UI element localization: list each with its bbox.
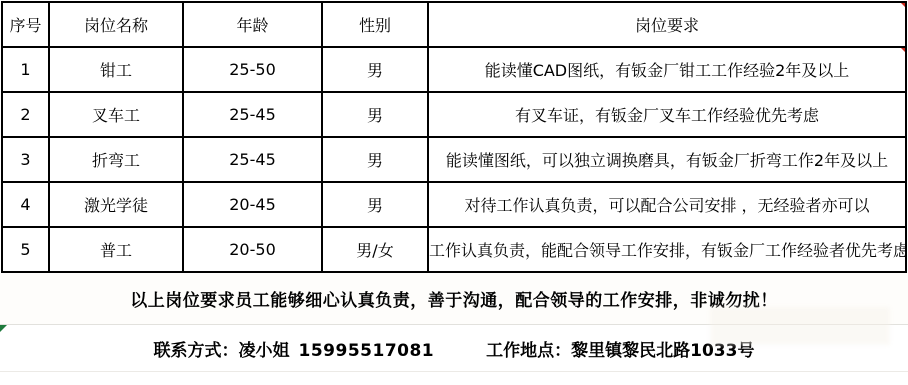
contact-name: 凌小姐 <box>239 341 290 361</box>
header-cell-position: 岗位名称 <box>49 2 183 47</box>
cell-row2-age: 25-45 <box>183 92 322 137</box>
header-cell-age: 年龄 <box>183 2 322 47</box>
cell-row2-no: 2 <box>2 92 49 137</box>
notice-text: 以上岗位要求员工能够细心认真负责，善于沟通，配合领导的工作安排，非诚勿扰！ <box>130 286 778 311</box>
job-listing-sheet: 序号 岗位名称 年龄 性别 岗位要求 1 钳工 25-50 男 能读懂CAD图纸… <box>0 0 908 385</box>
job-table: 序号 岗位名称 年龄 性别 岗位要求 1 钳工 25-50 男 能读懂CAD图纸… <box>1 1 907 273</box>
table-header-row: 序号 岗位名称 年龄 性别 岗位要求 <box>2 2 906 47</box>
cell-row1-no: 1 <box>2 47 49 92</box>
contact-footer: 联系方式：凌小姐15995517081 工作地点：黎里镇黎民北路1033号 <box>0 325 908 372</box>
notice-banner: 以上岗位要求员工能够细心认真负责，善于沟通，配合领导的工作安排，非诚勿扰！ <box>0 273 908 325</box>
row1-requirement-text: 能读懂CAD图纸，有钣金厂钳工工作经验2年及以上 <box>485 61 850 80</box>
error-indicator-icon <box>0 325 7 332</box>
table-row: 5 普工 20-50 男/女 工作认真负责，能配合领导工作安排，有钣金厂工作经验… <box>2 227 906 272</box>
cell-row3-requirement: 能读懂图纸，可以独立调换磨具，有钣金厂折弯工作2年及以上 <box>428 137 906 182</box>
header-cell-gender: 性别 <box>322 2 428 47</box>
cell-row5-age: 20-50 <box>183 227 322 272</box>
cell-row4-requirement: 对待工作认真负责，可以配合公司安排 ，无经验者亦可以 <box>428 182 906 227</box>
contact-phone: 15995517081 <box>299 341 435 361</box>
cell-row3-position: 折弯工 <box>49 137 183 182</box>
cell-row4-age: 20-45 <box>183 182 322 227</box>
cell-row2-position: 叉车工 <box>49 92 183 137</box>
cell-row5-position: 普工 <box>49 227 183 272</box>
table-row: 2 叉车工 25-45 男 有叉车证，有钣金厂叉车工作经验优先考虑 <box>2 92 906 137</box>
cell-row3-age: 25-45 <box>183 137 322 182</box>
table-row: 4 激光学徒 20-45 男 对待工作认真负责，可以配合公司安排 ，无经验者亦可… <box>2 182 906 227</box>
cell-row5-gender: 男/女 <box>322 227 428 272</box>
comment-indicator-icon <box>901 3 905 7</box>
comment-indicator-icon <box>901 48 905 52</box>
location-label: 工作地点： <box>486 341 571 361</box>
cell-row3-gender: 男 <box>322 137 428 182</box>
cell-row4-position: 激光学徒 <box>49 182 183 227</box>
table-row: 3 折弯工 25-45 男 能读懂图纸，可以独立调换磨具，有钣金厂折弯工作2年及… <box>2 137 906 182</box>
cell-row3-no: 3 <box>2 137 49 182</box>
contact-info: 联系方式：凌小姐15995517081 <box>154 336 435 361</box>
cell-row2-requirement: 有叉车证，有钣金厂叉车工作经验优先考虑 <box>428 92 906 137</box>
cell-row1-requirement: 能读懂CAD图纸，有钣金厂钳工工作经验2年及以上 <box>428 47 906 92</box>
cell-row4-gender: 男 <box>322 182 428 227</box>
cell-row1-position: 钳工 <box>49 47 183 92</box>
cell-row1-age: 25-50 <box>183 47 322 92</box>
cell-row1-gender: 男 <box>322 47 428 92</box>
cell-row5-requirement: 工作认真负责，能配合领导工作安排，有钣金厂工作经验者优先考虑 <box>428 227 906 272</box>
contact-label: 联系方式： <box>154 341 239 361</box>
cell-row2-gender: 男 <box>322 92 428 137</box>
cell-row4-no: 4 <box>2 182 49 227</box>
work-location-info: 工作地点：黎里镇黎民北路1033号 <box>486 336 754 361</box>
header-cell-requirement: 岗位要求 <box>428 2 906 47</box>
header-cell-no: 序号 <box>2 2 49 47</box>
location-address: 黎里镇黎民北路1033号 <box>571 341 754 361</box>
cell-row5-no: 5 <box>2 227 49 272</box>
table-row: 1 钳工 25-50 男 能读懂CAD图纸，有钣金厂钳工工作经验2年及以上 <box>2 47 906 92</box>
header-requirement-label: 岗位要求 <box>635 16 699 35</box>
